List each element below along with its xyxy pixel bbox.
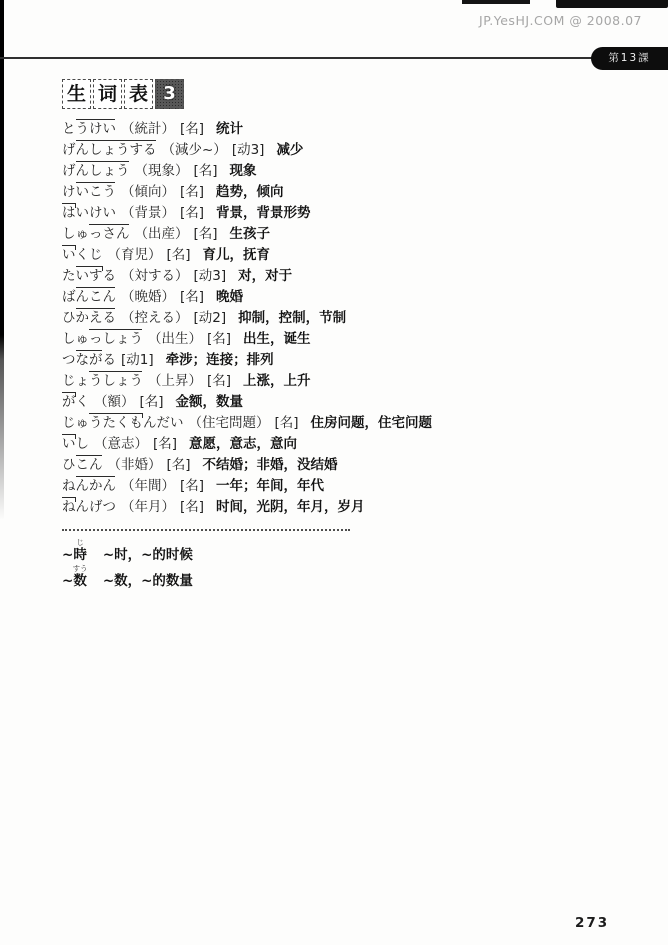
kana-reading: げんしょう (62, 163, 130, 179)
suffix-row: ~数すう~数，~的数量 (62, 564, 193, 590)
kana-segment: ね (62, 476, 76, 497)
vocab-row: げんしょうする（減少~）[动3]减少 (62, 140, 432, 161)
kanji-writing: （現象） (135, 163, 189, 179)
kana-reading: ねんげつ (62, 499, 116, 515)
vocab-row: ひかえる（控える）[动2]抑制，控制，节制 (62, 308, 432, 329)
suffix-term: ~数すう (62, 573, 87, 590)
part-of-speech: [名] (207, 331, 231, 347)
chinese-meaning: 背景，背景形势 (216, 205, 311, 221)
title-char: 表 (124, 79, 153, 109)
kana-segment: いこう (76, 182, 117, 203)
part-of-speech: [名] (194, 226, 218, 242)
kana-segment: は (62, 203, 76, 224)
title-char: 词 (93, 79, 122, 109)
chinese-meaning: 时间，光阴，年月，岁月 (216, 499, 365, 515)
header-rule (0, 57, 668, 59)
kana-segment: じょ (62, 371, 89, 392)
kanji-writing: （上昇） (148, 373, 202, 389)
kana-reading: つながる (62, 352, 116, 368)
suffix-list: ~時じ~时，~的时候~数すう~数，~的数量 (62, 538, 193, 590)
kana-reading: げんしょうする (62, 142, 157, 158)
part-of-speech: [动1] (121, 352, 154, 368)
kanji-writing: （額） (94, 394, 135, 410)
scan-artifact-left-edge (0, 0, 4, 525)
kanji-writing: （出産） (135, 226, 189, 242)
tilde-prefix: ~ (62, 547, 73, 563)
chinese-meaning: 育儿，抚育 (203, 247, 271, 263)
vocab-list: とうけい（統計）[名]统计げんしょうする（減少~）[动3]减少げんしょう（現象）… (62, 119, 432, 518)
vocab-row: つながる[动1]牵涉；连接；排列 (62, 350, 432, 371)
kana-reading: はいけい (62, 205, 116, 221)
kana-segment: いす (76, 266, 103, 287)
vocab-row: じょうしょう（上昇）[名]上涨，上升 (62, 371, 432, 392)
kana-segment: ば (62, 287, 76, 308)
kana-segment: なが (76, 350, 103, 371)
kanji-writing: （出生） (148, 331, 202, 347)
vocab-row: けいこう（傾向）[名]趋势，倾向 (62, 182, 432, 203)
kana-segment: ね (62, 497, 76, 518)
kanji-writing: （減少~） (162, 142, 227, 158)
kanji-writing: （晩婚） (121, 289, 175, 305)
lesson-tab: 第13課 (591, 47, 668, 70)
chinese-meaning: 上涨，上升 (243, 373, 311, 389)
part-of-speech: [名] (180, 184, 204, 200)
kana-reading: いくじ (62, 247, 103, 263)
kanji-writing: （意志） (94, 436, 148, 452)
kana-segment: ひ (62, 308, 76, 329)
chinese-meaning: 牵涉；连接；排列 (166, 352, 274, 368)
tilde-prefix: ~ (62, 573, 73, 589)
chinese-meaning: ~数，~的数量 (103, 573, 193, 590)
kana-reading: ねんかん (62, 478, 116, 494)
kana-segment: うしょう (89, 371, 143, 392)
vocab-row: とうけい（統計）[名]统计 (62, 119, 432, 140)
vocab-row: ひこん（非婚）[名]不结婚；非婚，没结婚 (62, 455, 432, 476)
kana-segment: げ (62, 140, 76, 161)
kana-segment: け (62, 182, 76, 203)
kana-segment: じゅ (62, 413, 89, 434)
kana-segment: い (62, 434, 76, 455)
furigana: じ (76, 539, 84, 547)
chinese-meaning: 抑制，控制，节制 (238, 310, 346, 326)
kana-reading: ばんこん (62, 289, 116, 305)
kana-segment: くじ (76, 245, 103, 266)
kanji-writing: （育児） (108, 247, 162, 263)
part-of-speech: [名] (140, 394, 164, 410)
kana-segment: っさん (89, 224, 130, 245)
chinese-meaning: 对，对于 (238, 268, 292, 284)
page-number: 273 (575, 915, 609, 931)
kana-reading: がく (62, 394, 89, 410)
kanji-writing: （控える） (121, 310, 189, 326)
chinese-meaning: 意愿，意志，意向 (189, 436, 297, 452)
chinese-meaning: 趋势，倾向 (216, 184, 284, 200)
kana-segment: んかん (76, 476, 117, 497)
kana-reading: しゅっさん (62, 226, 130, 242)
suffix-kanji: 時じ (73, 547, 87, 564)
chinese-meaning: 不结婚；非婚，没结婚 (203, 457, 338, 473)
vocab-row: いし（意志）[名]意愿，意志，意向 (62, 434, 432, 455)
kana-segment: い (62, 245, 76, 266)
kanji-writing: （統計） (121, 121, 175, 137)
scan-artifact-top-bar (556, 0, 668, 8)
vocab-row: いくじ（育児）[名]育儿，抚育 (62, 245, 432, 266)
kanji-writing: （住宅問題） (189, 415, 270, 431)
kana-segment: と (62, 119, 76, 140)
vocab-row: しゅっしょう（出生）[名]出生，诞生 (62, 329, 432, 350)
chinese-meaning: 出生，诞生 (243, 331, 311, 347)
part-of-speech: [名] (180, 478, 204, 494)
part-of-speech: [名] (207, 373, 231, 389)
vocab-row: はいけい（背景）[名]背景，背景形势 (62, 203, 432, 224)
kana-segment: んしょう (76, 161, 130, 182)
kana-segment: いけい (76, 203, 117, 224)
chinese-meaning: 减少 (276, 142, 303, 158)
part-of-speech: [名] (167, 247, 191, 263)
suffix-kanji: 数すう (73, 573, 87, 590)
vocab-row: ねんげつ（年月）[名]时间，光阴，年月，岁月 (62, 497, 432, 518)
scan-artifact-top-bar (462, 0, 530, 4)
kana-segment: し (76, 434, 90, 455)
part-of-speech: [名] (194, 163, 218, 179)
kana-segment: っしょう (89, 329, 143, 350)
kana-reading: たいする (62, 268, 116, 284)
vocab-row: ねんかん（年間）[名]一年；年间，年代 (62, 476, 432, 497)
vocab-title-box: 生 词 表 3 (62, 79, 184, 109)
kana-segment: る (103, 266, 117, 287)
part-of-speech: [名] (167, 457, 191, 473)
chinese-meaning: 生孩子 (230, 226, 271, 242)
vocab-row: げんしょう（現象）[名]现象 (62, 161, 432, 182)
kanji-writing: （傾向） (121, 184, 175, 200)
kana-segment: た (62, 266, 76, 287)
part-of-speech: [动2] (194, 310, 227, 326)
watermark-text: JP.YesHJ.COM @ 2008.07 (479, 13, 642, 28)
suffix-term: ~時じ (62, 547, 87, 564)
kana-segment: かえる (76, 308, 117, 329)
part-of-speech: [动3] (194, 268, 227, 284)
chinese-meaning: 晚婚 (216, 289, 243, 305)
part-of-speech: [名] (275, 415, 299, 431)
chinese-meaning: ~时，~的时候 (103, 547, 193, 564)
kana-segment: つ (62, 350, 76, 371)
chinese-meaning: 住房问题，住宅问题 (311, 415, 433, 431)
kana-reading: しゅっしょう (62, 331, 143, 347)
title-number-badge: 3 (155, 79, 184, 109)
kana-segment: げ (62, 161, 76, 182)
kana-segment: んしょうする (76, 140, 157, 161)
part-of-speech: [名] (180, 121, 204, 137)
vocab-row: じゅうたくもんだい（住宅問題）[名]住房问题，住宅问题 (62, 413, 432, 434)
part-of-speech: [名] (180, 499, 204, 515)
chinese-meaning: 金额，数量 (176, 394, 244, 410)
chinese-meaning: 统计 (216, 121, 243, 137)
kana-segment: ひ (62, 455, 76, 476)
kana-reading: けいこう (62, 184, 116, 200)
kana-segment: んげつ (76, 497, 117, 518)
kana-reading: ひかえる (62, 310, 116, 326)
vocab-row: しゅっさん（出産）[名]生孩子 (62, 224, 432, 245)
kanji-writing: （背景） (121, 205, 175, 221)
kana-segment: が (62, 392, 76, 413)
kanji-writing: （年間） (121, 478, 175, 494)
title-char: 生 (62, 79, 91, 109)
chinese-meaning: 一年；年间，年代 (216, 478, 324, 494)
furigana: すう (73, 565, 88, 573)
kana-segment: く (76, 392, 90, 413)
kana-segment: うたくも (89, 413, 143, 434)
kana-segment: しゅ (62, 329, 89, 350)
kana-segment: んこん (76, 287, 117, 308)
kana-reading: ひこん (62, 457, 103, 473)
kana-segment: しゅ (62, 224, 89, 245)
kana-segment: うけい (76, 119, 117, 140)
dotted-separator (62, 529, 350, 531)
kana-reading: じゅうたくもんだい (62, 415, 184, 431)
kanji-writing: （対する） (121, 268, 189, 284)
scanned-textbook-page: JP.YesHJ.COM @ 2008.07 第13課 生 词 表 3 とうけい… (0, 0, 668, 945)
kana-reading: とうけい (62, 121, 116, 137)
vocab-row: たいする（対する）[动3]对，对于 (62, 266, 432, 287)
part-of-speech: [名] (180, 205, 204, 221)
kana-reading: いし (62, 436, 89, 452)
kana-segment: る (103, 350, 117, 371)
kana-segment: こん (76, 455, 103, 476)
part-of-speech: [动3] (232, 142, 265, 158)
part-of-speech: [名] (180, 289, 204, 305)
vocab-row: がく（額）[名]金额，数量 (62, 392, 432, 413)
kana-reading: じょうしょう (62, 373, 143, 389)
chinese-meaning: 现象 (230, 163, 257, 179)
suffix-row: ~時じ~时，~的时候 (62, 538, 193, 564)
vocab-row: ばんこん（晩婚）[名]晚婚 (62, 287, 432, 308)
kana-segment: んだい (143, 413, 184, 434)
part-of-speech: [名] (153, 436, 177, 452)
kanji-writing: （非婚） (108, 457, 162, 473)
kanji-writing: （年月） (121, 499, 175, 515)
